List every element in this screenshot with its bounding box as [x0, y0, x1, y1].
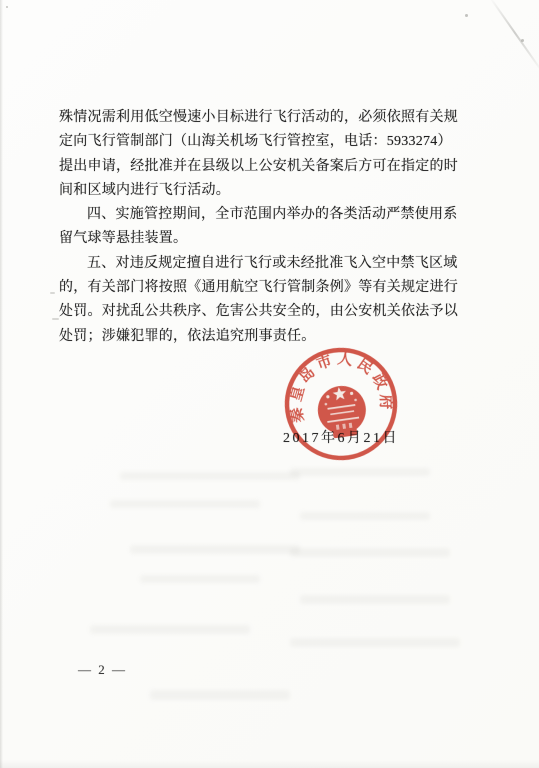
text-line: 五、对违反规定擅自进行飞行或未经批准飞入空中禁飞区域 [59, 252, 473, 276]
scanned-document-page: 殊情况需利用低空慢速小目标进行飞行活动的，必须依照有关规 定向飞行管制部门（山海… [0, 0, 539, 768]
official-seal-graphic: 秦皇岛市人民政府 [273, 336, 409, 472]
fold-crease-artifact [490, 0, 539, 69]
bleed-through-artifact [110, 500, 260, 508]
document-body: 殊情况需利用低空慢速小目标进行飞行活动的，必须依照有关规 定向飞行管制部门（山海… [59, 106, 473, 349]
bleed-through-artifact [290, 468, 430, 476]
bleed-through-artifact [130, 545, 300, 554]
text-line: 处罚；涉嫌犯罪的，依法追究刑事责任。 [59, 325, 473, 349]
scan-speck-artifact [465, 14, 468, 17]
text-line: 定向飞行管制部门（山海关机场飞行管控室，电话：5933274） [59, 130, 473, 154]
bleed-through-artifact [120, 472, 300, 480]
text-line: 留气球等悬挂装置。 [59, 227, 473, 251]
scan-dash-artifact [52, 318, 59, 320]
bleed-through-artifact [300, 595, 450, 604]
text-line: 殊情况需利用低空慢速小目标进行飞行活动的，必须依照有关规 [59, 106, 473, 130]
text-line: 处罚。对扰乱公共秩序、危害公共安全的，由公安机关依法予以 [59, 300, 473, 324]
text-line: 提出申请，经批准并在县级以上公安机关备案后方可在指定的时 [59, 155, 473, 179]
scan-edge-artifact [0, 760, 539, 768]
scan-speck-artifact [6, 6, 8, 8]
bleed-through-artifact [300, 512, 430, 520]
text-line: 间和区域内进行飞行活动。 [59, 179, 473, 203]
bleed-through-artifact [290, 548, 450, 557]
bleed-through-artifact [150, 690, 290, 700]
scan-dash-artifact [50, 292, 55, 294]
page-number: — 2 — [78, 662, 127, 678]
bleed-through-artifact [140, 575, 260, 583]
scan-speck-artifact [521, 39, 524, 42]
bleed-through-artifact [290, 638, 460, 647]
bleed-through-artifact [90, 625, 250, 634]
text-line: 的，有关部门将按照《通用航空飞行管制条例》等有关规定进行 [59, 276, 473, 300]
national-emblem-icon [315, 383, 370, 440]
text-line: 四、实施管控期间，全市范围内举办的各类活动严禁使用系 [59, 203, 473, 227]
scan-edge-artifact [0, 0, 3, 768]
official-seal: 秦皇岛市人民政府 [273, 336, 409, 472]
